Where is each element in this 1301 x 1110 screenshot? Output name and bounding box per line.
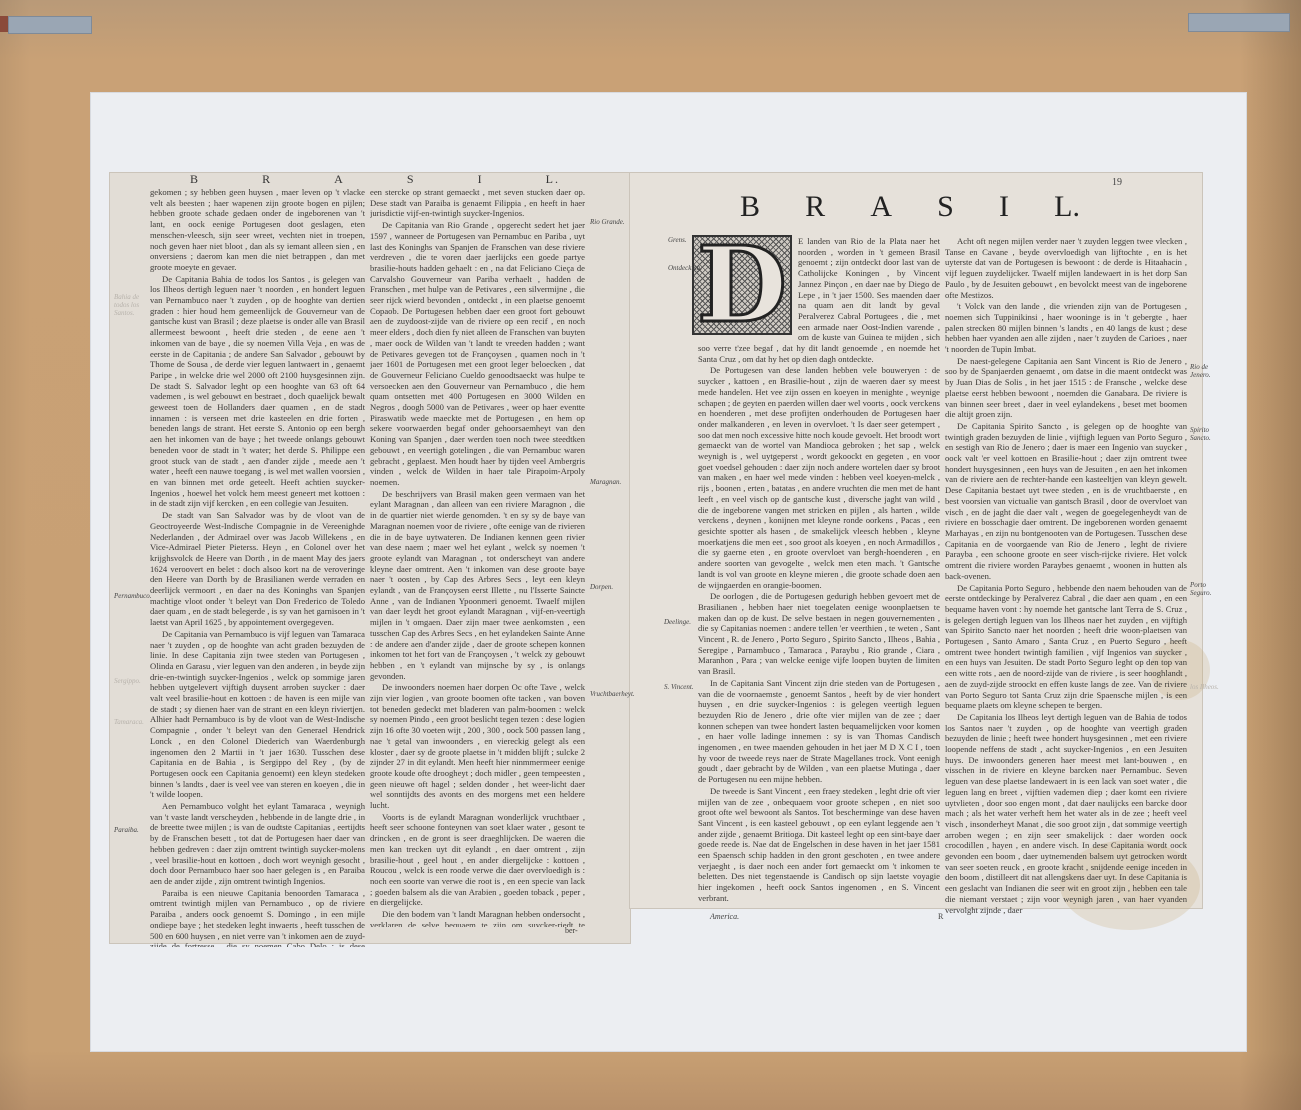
title-letter: A [870, 190, 892, 224]
title-letter: L. [1054, 190, 1080, 224]
title-letter: I [999, 190, 1009, 224]
paragraph: De stadt van San Salvador was by de vloo… [150, 510, 365, 628]
head-letter: I [478, 172, 484, 187]
head-letter: B [190, 172, 200, 187]
margin-note: Rio de Jenero. [1190, 363, 1220, 379]
left-page-column-2: een stercke op strant gemaeckt , met sev… [370, 187, 585, 927]
margin-note: Spirito Sancto. [1190, 426, 1220, 442]
margin-note: los Ilheos. [1190, 683, 1220, 691]
page-title: B R A S I L. [740, 190, 1080, 224]
margin-note: Ontdecking. [668, 264, 696, 272]
paragraph: Aen Pernambuco volght het eylant Tamarac… [150, 801, 365, 887]
signature-mark: R [938, 912, 943, 921]
paragraph: De Capitania Bahia de todos los Santos ,… [150, 274, 365, 509]
paragraph: E landen van Rio de la Plata naer het no… [698, 236, 940, 364]
margin-note: S. Vincent. [664, 683, 696, 691]
paragraph: gekomen ; sy hebben geen huysen , maer l… [150, 187, 365, 273]
margin-note: Bahia de todos los Santos. [114, 293, 148, 317]
margin-note: Dorpen. [590, 583, 626, 591]
paragraph: In de Capitania Sant Vincent zijn drie s… [698, 678, 940, 785]
paragraph: een stercke op strant gemaeckt , met sev… [370, 187, 585, 219]
head-letter: L. [546, 172, 560, 187]
margin-note: Paraiba. [114, 826, 148, 834]
paragraph: De Portugesen van dese landen hebben vel… [698, 365, 940, 590]
paragraph: 't Volck van den lande , die vrienden zi… [945, 301, 1187, 355]
paragraph: De Capitania van Pernambuco is vijf legu… [150, 629, 365, 800]
title-letter: B [740, 190, 760, 224]
paragraph: De tweede is Sant Vincent , een fraey st… [698, 786, 940, 904]
left-page-column-1: gekomen ; sy hebben geen huysen , maer l… [150, 187, 365, 947]
paragraph: De naest-gelegene Capitania aen Sant Vin… [945, 356, 1187, 420]
margin-note: Maragnan. [590, 478, 626, 486]
title-letter: R [805, 190, 825, 224]
paragraph: Paraiba is een nieuwe Capitania benoorde… [150, 888, 365, 947]
paragraph: Die den bodem van 't landt Maragnan hebb… [370, 909, 585, 927]
page-number: 19 [1112, 177, 1122, 188]
right-page-column-2: Acht oft negen mijlen verder naer 't zuy… [945, 236, 1187, 916]
paragraph: Voorts is de eylandt Maragnan wonderlijc… [370, 812, 585, 908]
margin-note: Rio Grande. [590, 218, 630, 226]
head-letter: S [407, 172, 416, 187]
margin-note: Pernambuco. [114, 592, 148, 600]
paragraph: De Capitania van Rio Grande , opgerecht … [370, 220, 585, 488]
left-running-head: B R A S I L. [190, 172, 560, 187]
hanging-tape-right [1188, 13, 1290, 32]
paragraph: De oorlogen , die de Portugesen gedurigh… [698, 591, 940, 677]
paragraph: De Capitania Porto Seguro , hebbende den… [945, 583, 1187, 711]
right-page-column-1: E landen van Rio de la Plata naer het no… [698, 236, 940, 926]
paragraph: Acht oft negen mijlen verder naer 't zuy… [945, 236, 1187, 300]
paragraph: De inwoonders noemen haer dorpen Oc ofte… [370, 682, 585, 810]
margin-note: Tamaraca. [114, 718, 148, 726]
head-letter: R [262, 172, 272, 187]
title-letter: S [937, 190, 954, 224]
margin-note: Sergippo. [114, 677, 148, 685]
hanging-tape-left [8, 16, 92, 34]
margin-note: Porto Seguro. [1190, 581, 1220, 597]
paragraph: De Capitania Spirito Sancto , is gelegen… [945, 421, 1187, 582]
paragraph: De beschrijvers van Brasil maken geen ve… [370, 489, 585, 682]
footer-note: America. [710, 912, 739, 921]
catchword: ber- [565, 926, 578, 935]
margin-note: Deelinge. [664, 618, 696, 626]
head-letter: A [334, 172, 345, 187]
margin-note: Grens. [668, 236, 696, 244]
paragraph: De Capitania los Ilheos leyt dertigh leg… [945, 712, 1187, 915]
margin-note: Vruchtbaerheyt. [590, 690, 630, 698]
